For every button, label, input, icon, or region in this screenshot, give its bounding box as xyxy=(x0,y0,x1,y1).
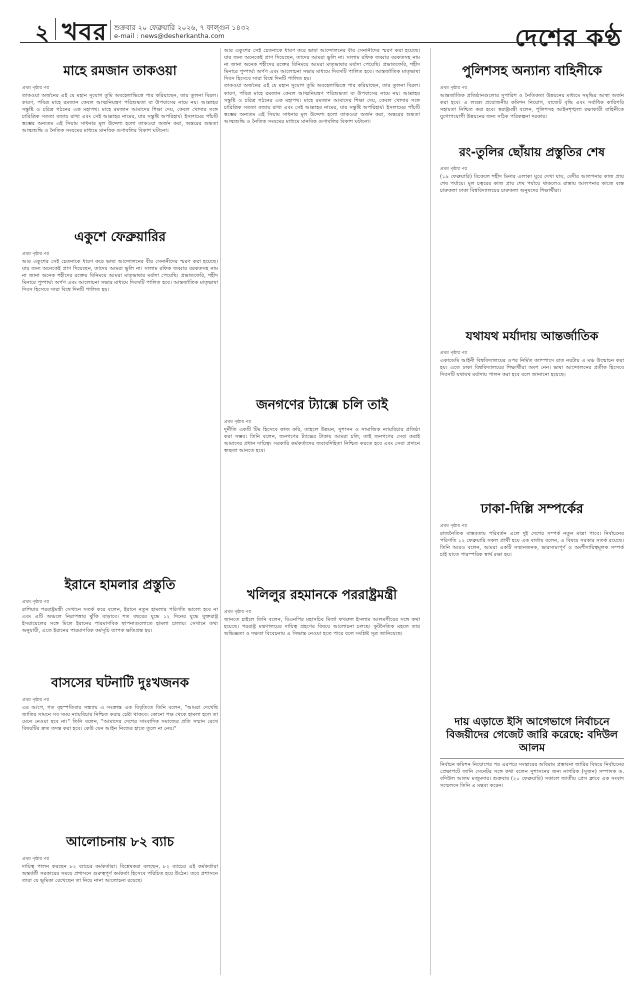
article-batch82[interactable]: আলোচনায় ৮২ ব্যাচ প্রথম পৃষ্ঠার পর দায়ি… xyxy=(22,833,218,973)
headline[interactable]: আলোচনায় ৮২ ব্যাচ xyxy=(22,833,218,854)
headline[interactable]: যথাযথ মর্যাদায় আন্তর্জাতিক xyxy=(440,328,624,348)
headline[interactable]: বাসসের ঘটনাটি দুঃখজনক xyxy=(22,674,218,695)
byline: প্রথম পৃষ্ঠার পর xyxy=(22,251,218,258)
byline: প্রথম পৃষ্ঠার পর xyxy=(224,419,420,426)
byline: প্রথম পৃষ্ঠার পর xyxy=(440,523,624,530)
headline[interactable]: একুশে ফেব্রুয়ারির xyxy=(22,228,218,249)
article-body: একাডেমি আইনী বিশ্ববিদ্যালয়ের ওপর নির্মি… xyxy=(440,358,624,379)
article-body: দুর্নীতি একটি টিম হিসেবে কাজ করি, তাহলে … xyxy=(224,427,420,455)
column-3: পুলিশসহ অন্যান্য বাহিনীকে প্রথম পৃষ্ঠার … xyxy=(440,48,624,975)
headline[interactable]: ইরানে হামলার প্রস্তুতি xyxy=(22,576,218,597)
article-body: তাকওয়া অর্জনের এই যে মহান সুযোগ তুমি অব… xyxy=(22,93,218,136)
article-badiul-alam[interactable]: দায় এড়াতে ইসি আগেভাগে নির্বাচনে বিজয়ী… xyxy=(440,716,624,975)
headline[interactable]: খলিলুর রহমানকে পররাষ্ট্রমন্ত্রী xyxy=(224,586,420,607)
article-body: (১৯ ফেব্রুয়ারি) বিকেলে শহীদ মিনার এলাকা… xyxy=(440,174,624,195)
divider xyxy=(110,20,111,40)
article-body: আর একুশের সেই চেতনাকে ধারণ করে ভাষা আন্দ… xyxy=(22,259,218,294)
article-continuation: আর একুশের সেই চেতনাকে ধারণ করে ভাষা আন্দ… xyxy=(224,48,420,388)
headline[interactable]: রং-তুলির ছোঁয়ায় প্রস্তুতির শেষ xyxy=(440,144,624,164)
article-body: তাকওয়া অর্জনের এই যে মহান সুযোগ তুমি অব… xyxy=(224,83,420,126)
headline[interactable]: মাহে রমজান তাকওয়া xyxy=(22,62,218,83)
article-color[interactable]: রং-তুলির ছোঁয়ায় প্রস্তুতির শেষ প্রথম প… xyxy=(440,144,624,324)
headline[interactable]: ঢাকা-দিল্লি সম্পর্কের xyxy=(440,500,624,521)
byline: প্রথম পৃষ্ঠার পর xyxy=(440,166,624,173)
article-dhaka-delhi[interactable]: ঢাকা-দিল্লি সম্পর্কের প্রথম পৃষ্ঠার পর র… xyxy=(440,500,624,710)
byline: প্রথম পৃষ্ঠার পর xyxy=(22,856,218,863)
header-rule xyxy=(20,42,620,43)
byline: প্রথম পৃষ্ঠার পর xyxy=(22,599,218,606)
byline: প্রথম পৃষ্ঠার পর xyxy=(440,350,624,357)
byline: প্রথম পৃষ্ঠার পর xyxy=(22,697,218,704)
headline[interactable]: পুলিশসহ অন্যান্য বাহিনীকে xyxy=(440,62,624,83)
article-body: এর আগে, গত বৃহস্পতিবার সন্ধ্যায় এ সংক্র… xyxy=(22,705,218,733)
headline[interactable]: জনগণের ট্যাক্সে চলি তাই xyxy=(224,396,420,417)
column-divider xyxy=(430,48,431,975)
column-2: আর একুশের সেই চেতনাকে ধারণ করে ভাষা আন্দ… xyxy=(224,48,420,975)
byline: প্রথম পৃষ্ঠার পর xyxy=(440,85,624,92)
byline: প্রথম পৃষ্ঠার পর xyxy=(22,85,218,92)
article-body: রাজনৈতিক বাস্তবতায় পরিবর্তন এলে দুই দেশ… xyxy=(440,531,624,559)
divider xyxy=(55,18,56,40)
divider xyxy=(440,758,624,759)
article-iran[interactable]: ইরানে হামলার প্রস্তুতি প্রথম পৃষ্ঠার পর … xyxy=(22,576,218,666)
article-police[interactable]: পুলিশসহ অন্যান্য বাহিনীকে প্রথম পৃষ্ঠার … xyxy=(440,62,624,144)
article-ekushey[interactable]: একুশে ফেব্রুয়ারির প্রথম পৃষ্ঠার পর আর এ… xyxy=(22,228,218,568)
headline[interactable]: দায় এড়াতে ইসি আগেভাগে নির্বাচনে বিজয়ী… xyxy=(440,716,624,755)
column-1: মাহে রমজান তাকওয়া প্রথম পৃষ্ঠার পর তাকও… xyxy=(22,48,218,975)
article-body: নির্বাচন কমিশন নিয়োগের পর এরপরে সংস্কার… xyxy=(440,762,624,790)
article-body: জানতে চাইলে তিনি বলেন, বিএনপির মহাসচিব ম… xyxy=(224,617,420,638)
article-body: দায়িত্ব পালন করছেন ৮২ ব্যাচের কর্মকর্তা… xyxy=(22,864,218,885)
article-khalilur[interactable]: খলিলুর রহমানকে পররাষ্ট্রমন্ত্রী প্রথম পৃ… xyxy=(224,586,420,966)
masthead: ২ খবর শুক্রবার ২০ ফেব্রুয়ারি ২০২৬, ৭ ফা… xyxy=(0,0,640,40)
article-dignity[interactable]: যথাযথ মর্যাদায় আন্তর্জাতিক প্রথম পৃষ্ঠা… xyxy=(440,328,624,493)
byline: প্রথম পৃষ্ঠার পর xyxy=(224,609,420,616)
article-body: আর একুশের সেই চেতনাকে ধারণ করে ভাষা আন্দ… xyxy=(224,48,420,83)
article-body: রাশিয়ার পররাষ্ট্রমন্ত্রী সেখানে সতর্ক ক… xyxy=(22,607,218,635)
article-bus[interactable]: বাসসের ঘটনাটি দুঃখজনক প্রথম পৃষ্ঠার পর এ… xyxy=(22,674,218,824)
article-ramadan[interactable]: মাহে রমজান তাকওয়া প্রথম পৃষ্ঠার পর তাকও… xyxy=(22,62,218,222)
column-divider xyxy=(220,48,221,975)
email-link[interactable]: e-mail : news@desherkantha.com xyxy=(114,32,225,40)
article-body: আন্তর্জাতিক প্রতিষ্ঠানগুলোর সুপারিশ ও নৈ… xyxy=(440,93,624,121)
article-tax[interactable]: জনগণের ট্যাক্সে চলি তাই প্রথম পৃষ্ঠার পর… xyxy=(224,396,420,576)
